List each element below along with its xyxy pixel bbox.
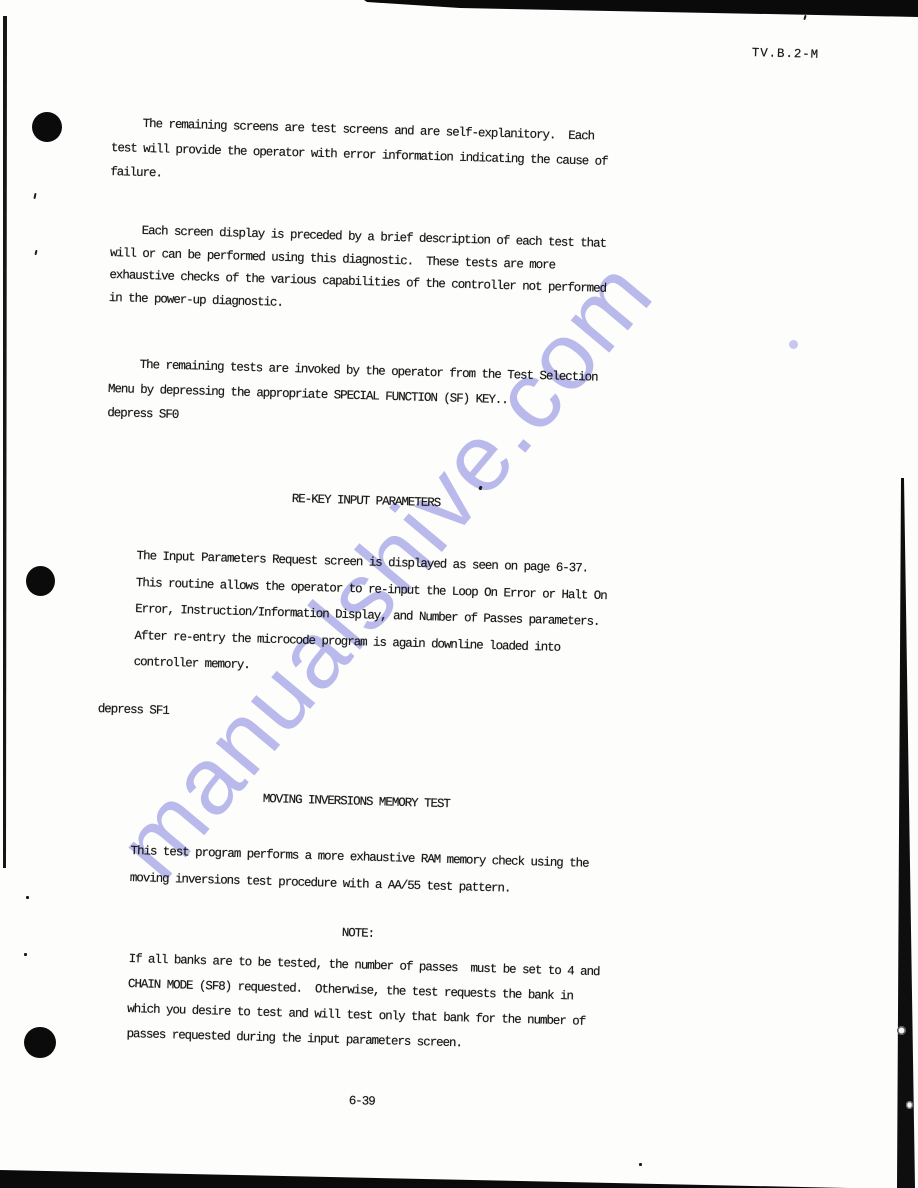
scan-speck bbox=[33, 193, 36, 199]
scan-speck bbox=[24, 953, 27, 956]
right-scan-bar bbox=[897, 478, 915, 1188]
page-number: 6-39 bbox=[349, 1094, 375, 1109]
scan-speck bbox=[639, 1163, 642, 1166]
scan-speck bbox=[803, 15, 806, 20]
watermark-dot bbox=[789, 340, 798, 349]
paragraph-screen-display: Each screen display is preceded by a bri… bbox=[108, 219, 607, 323]
note-heading: NOTE: bbox=[342, 926, 375, 941]
paragraph-remaining-screens: The remaining screens are test screens a… bbox=[110, 111, 609, 198]
paragraph-input-parameters: The Input Parameters Request screen is d… bbox=[133, 543, 607, 689]
section-heading-rekey: RE-KEY INPUT PARAMETERS bbox=[292, 492, 441, 510]
section-heading-moving-inversions: MOVING INVERSIONS MEMORY TEST bbox=[263, 792, 450, 811]
scan-speck bbox=[35, 250, 38, 255]
bottom-scan-bar bbox=[0, 1170, 848, 1188]
paragraph-test-program: This test program performs a more exhaus… bbox=[130, 838, 589, 904]
document-reference: TV.B.2-M bbox=[752, 46, 820, 62]
scanned-manual-page: manualshive.com TV.B.2-M The remaining s… bbox=[0, 0, 918, 1188]
scan-hole-speck bbox=[906, 1101, 913, 1109]
binder-hole bbox=[24, 1027, 56, 1058]
paragraph-remaining-tests: The remaining tests are invoked by the o… bbox=[107, 352, 598, 439]
scan-hole-speck bbox=[897, 1026, 906, 1035]
binder-hole bbox=[32, 112, 62, 142]
binder-hole bbox=[26, 566, 55, 596]
top-scan-bar bbox=[364, 0, 918, 17]
left-scan-line bbox=[3, 16, 7, 868]
scan-speck bbox=[26, 896, 29, 899]
depress-sf1-label: depress SF1 bbox=[98, 702, 169, 718]
note-paragraph: If all banks are to be tested, the numbe… bbox=[126, 947, 600, 1060]
